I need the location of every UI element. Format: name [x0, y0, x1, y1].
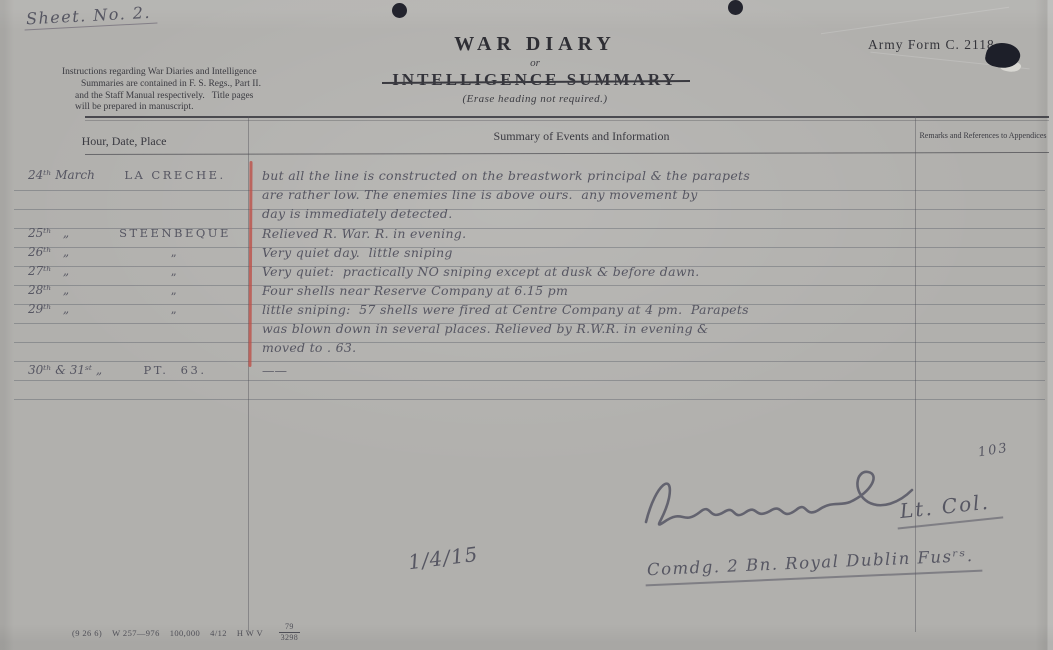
- entry-date: 27ᵗʰ „: [28, 264, 123, 278]
- diary-entry-line: are rather low. The enemies line is abov…: [0, 187, 1053, 205]
- imprint-printer: H W V: [237, 628, 263, 638]
- entry-date: 24ᵗʰ March: [28, 168, 123, 182]
- entry-date: 28ᵗʰ „: [28, 283, 123, 297]
- column-header-remarks: Remarks and References to Appendices: [916, 131, 1050, 140]
- instructions-line: and the Staff Manual respectively. Title…: [62, 91, 332, 103]
- paper-crease: [821, 7, 1009, 34]
- imprint-fraction: 79 3298: [279, 623, 300, 642]
- entry-summary: Very quiet day. little sniping: [262, 245, 907, 260]
- entry-place: „: [110, 302, 240, 316]
- entry-summary: Very quiet: practically NO sniping excep…: [262, 264, 907, 279]
- signature-date: 1/4/15: [407, 542, 480, 574]
- header-bottom-rule: [85, 152, 1049, 155]
- printer-imprint: (9 26 6) W 257—976 100,000 4/12 H W V 79…: [72, 623, 300, 642]
- imprint-quantity: 100,000: [170, 628, 200, 638]
- entry-summary: was blown down in several places. Reliev…: [262, 321, 907, 336]
- diary-entry-line: moved to . 63.: [0, 340, 1053, 358]
- signature-scrawl: [636, 460, 936, 545]
- entry-summary: ——: [262, 363, 907, 378]
- entry-summary: Relieved R. War. R. in evening.: [262, 226, 907, 241]
- form-or: or: [370, 57, 700, 69]
- diary-entry-line: 28ᵗʰ „ „ Four shells near Reserve Compan…: [0, 283, 1053, 301]
- diary-entry-line: day is immediately detected.: [0, 206, 1053, 224]
- entry-place: „: [110, 245, 240, 259]
- entry-place: PT. 63.: [110, 363, 240, 377]
- entry-date: 30ᵗʰ & 31ˢᵗ „: [28, 363, 123, 377]
- instructions-line: Instructions regarding War Diaries and I…: [62, 67, 332, 79]
- table-top-rule: [85, 116, 1049, 118]
- entry-summary: day is immediately detected.: [262, 206, 907, 221]
- imprint-batch: (9 26 6): [72, 628, 102, 638]
- entry-summary: little sniping: 57 shells were fired at …: [262, 302, 907, 317]
- diary-entry-line: 30ᵗʰ & 31ˢᵗ „ PT. 63. ——: [0, 363, 1053, 381]
- diary-entry-line: 27ᵗʰ „ „ Very quiet: practically NO snip…: [0, 264, 1053, 282]
- diary-entry-line: 29ᵗʰ „ „ little sniping: 57 shells were …: [0, 302, 1053, 320]
- imprint-code: W 257—976: [112, 628, 160, 638]
- punch-hole: [728, 0, 743, 15]
- entry-place: STEENBEQUE: [110, 226, 240, 240]
- page-number-note: 103: [977, 441, 1010, 461]
- entry-date: 25ᵗʰ „: [28, 226, 123, 240]
- diary-entry-line: was blown down in several places. Reliev…: [0, 321, 1053, 339]
- form-heading: WAR DIARY or INTELLIGENCE SUMMARY (Erase…: [370, 33, 700, 105]
- army-form-number: Army Form C. 2118: [868, 37, 995, 53]
- form-subtitle-struck: INTELLIGENCE SUMMARY: [392, 70, 678, 90]
- war-diary-form-page: Sheet. No. 2. WAR DIARY or INTELLIGENCE …: [0, 0, 1053, 650]
- punch-hole: [392, 3, 407, 18]
- entry-date: 29ᵗʰ „: [28, 302, 123, 316]
- column-header-hour-date-place: Hour, Date, Place: [0, 134, 248, 149]
- table-top-rule-shadow: [85, 120, 1049, 121]
- form-title: WAR DIARY: [370, 33, 700, 56]
- entry-summary: Four shells near Reserve Company at 6.15…: [262, 283, 907, 298]
- instructions-line: will be prepared in manuscript.: [62, 102, 332, 114]
- imprint-fraction-top: 79: [279, 623, 300, 633]
- entry-summary: moved to . 63.: [262, 340, 907, 355]
- entry-place: LA CRECHE.: [110, 168, 240, 182]
- entry-summary: are rather low. The enemies line is abov…: [262, 187, 907, 202]
- diary-entry-line: 25ᵗʰ „ STEENBEQUE Relieved R. War. R. in…: [0, 226, 1053, 244]
- entry-date: 26ᵗʰ „: [28, 245, 123, 259]
- diary-entry-line: 26ᵗʰ „ „ Very quiet day. little sniping: [0, 245, 1053, 263]
- sheet-number-note: Sheet. No. 2.: [24, 3, 158, 31]
- column-header-summary: Summary of Events and Information: [248, 129, 915, 144]
- entry-place: „: [110, 264, 240, 278]
- imprint-fraction-bottom: 3298: [281, 633, 299, 642]
- erase-heading-note: (Erase heading not required.): [370, 93, 700, 105]
- instructions-line: Summaries are contained in F. S. Regs., …: [62, 79, 332, 91]
- signature-command: Comdg. 2 Bn. Royal Dublin Fusʳˢ.: [645, 546, 983, 587]
- entry-place: „: [110, 283, 240, 297]
- entry-summary: but all the line is constructed on the b…: [262, 168, 907, 183]
- imprint-date: 4/12: [210, 628, 227, 638]
- instructions-block: Instructions regarding War Diaries and I…: [62, 67, 332, 114]
- diary-entry-line: 24ᵗʰ March LA CRECHE. but all the line i…: [0, 168, 1053, 186]
